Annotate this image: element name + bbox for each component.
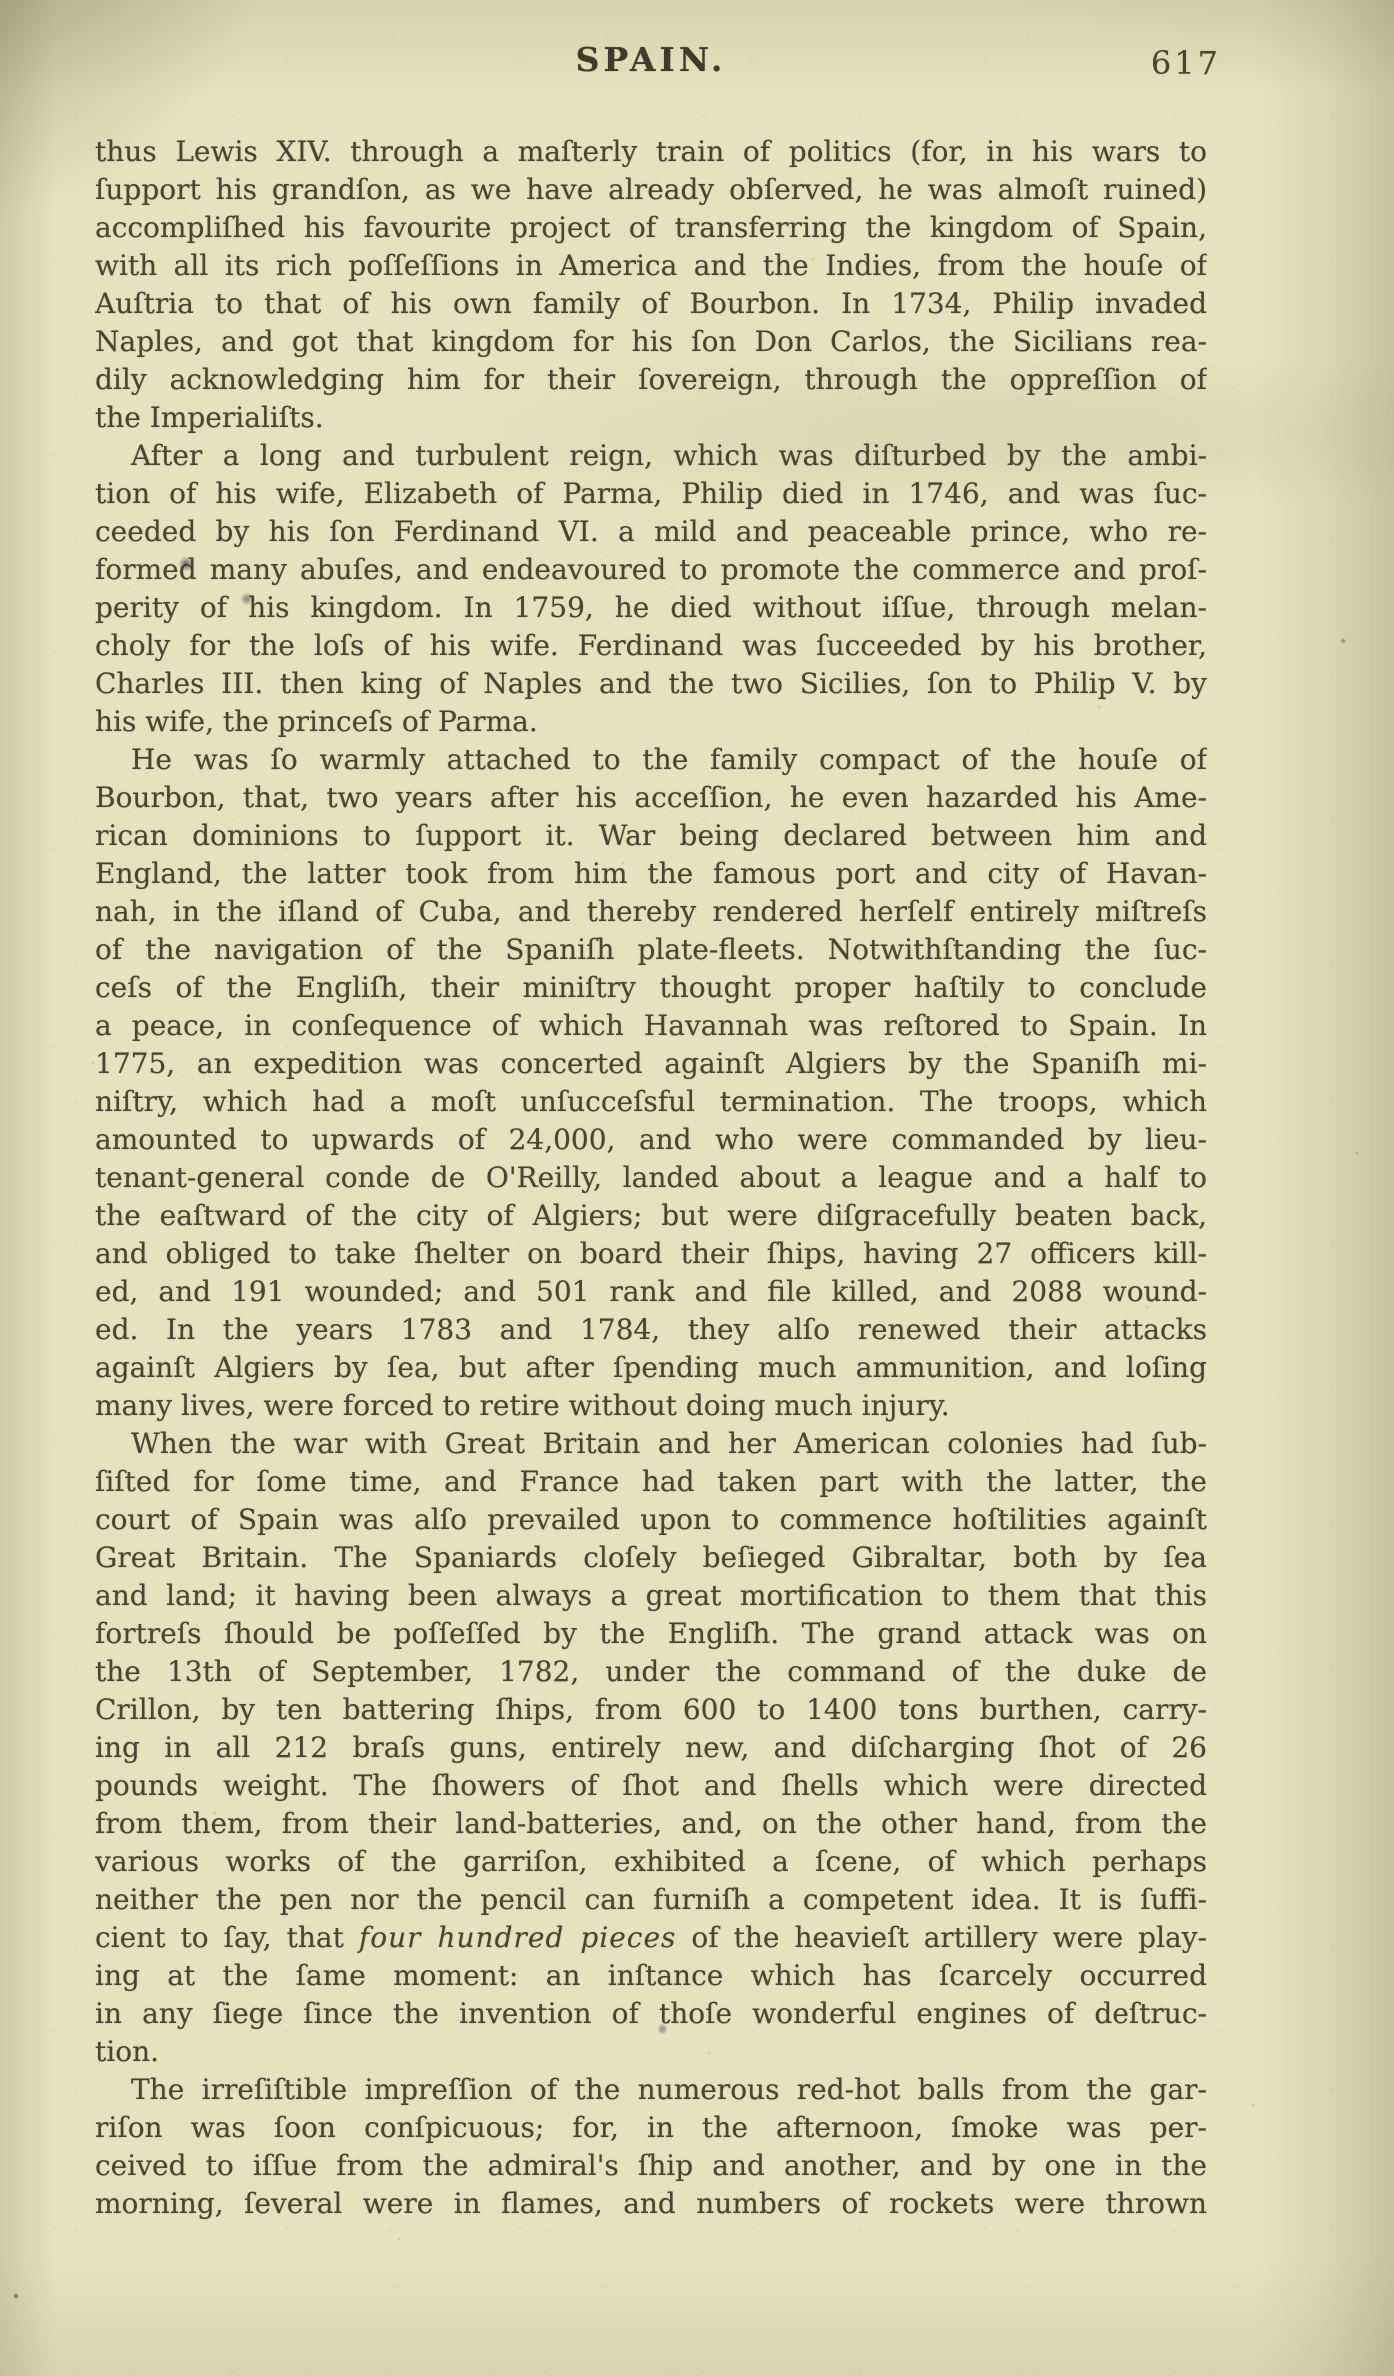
text-line: Naples, and got that kingdom for his ſon… — [95, 323, 1207, 361]
text-line: He was ſo warmly attached to the family … — [95, 741, 1207, 779]
text-line: formed many abuſes, and endeavoured to p… — [95, 551, 1207, 589]
text-line: pounds weight. The ſhowers of ſhot and ſ… — [95, 1767, 1207, 1805]
text-line: tion. — [95, 2033, 1207, 2071]
text-line: dily acknowledging him for their ſoverei… — [95, 361, 1207, 399]
text-line: accompliſhed his favourite project of tr… — [95, 209, 1207, 247]
text-line: choly for the loſs of his wife. Ferdinan… — [95, 627, 1207, 665]
text-line: with all its rich poſſeſſions in America… — [95, 247, 1207, 285]
text-line: niſtry, which had a moſt unſucceſsful te… — [95, 1083, 1207, 1121]
page-header: SPAIN. 617 — [95, 40, 1207, 86]
text-line: Crillon, by ten battering ſhips, from 60… — [95, 1691, 1207, 1729]
text-line: When the war with Great Britain and her … — [95, 1425, 1207, 1463]
text-line: various works of the garriſon, exhibited… — [95, 1843, 1207, 1881]
text-line: ceeded by his ſon Ferdinand VI. a mild a… — [95, 513, 1207, 551]
text-line: After a long and turbulent reign, which … — [95, 437, 1207, 475]
text-line: many lives, were forced to retire withou… — [95, 1387, 1207, 1425]
paper-specks — [0, 0, 2, 2]
text-line: tion of his wife, Elizabeth of Parma, Ph… — [95, 475, 1207, 513]
text-line: Bourbon, that, two years after his acceſ… — [95, 779, 1207, 817]
text-line: nah, in the iſland of Cuba, and thereby … — [95, 893, 1207, 931]
text-line: Auſtria to that of his own family of Bou… — [95, 285, 1207, 323]
text-line: ſiſted for ſome time, and France had tak… — [95, 1463, 1207, 1501]
text-line: and land; it having been always a great … — [95, 1577, 1207, 1615]
text-line: the Imperialiſts. — [95, 399, 1207, 437]
text-line: ceſs of the Engliſh, their miniſtry thou… — [95, 969, 1207, 1007]
text-line: court of Spain was alſo prevailed upon t… — [95, 1501, 1207, 1539]
text-line: fortreſs ſhould be poſſeſſed by the Engl… — [95, 1615, 1207, 1653]
text-line: amounted to upwards of 24,000, and who w… — [95, 1121, 1207, 1159]
page-text: thus Lewis XIV. through a maſterly train… — [95, 133, 1207, 2223]
text-line: ed. In the years 1783 and 1784, they alſ… — [95, 1311, 1207, 1349]
text-line: ceived to iſſue from the admiral's ſhip … — [95, 2147, 1207, 2185]
text-line: his wife, the princeſs of Parma. — [95, 703, 1207, 741]
text-line: neither the pen nor the pencil can furni… — [95, 1881, 1207, 1919]
text-line: againſt Algiers by ſea, but after ſpendi… — [95, 1349, 1207, 1387]
text-line: England, the latter took from him the fa… — [95, 855, 1207, 893]
text-line: 1775, an expedition was concerted againſ… — [95, 1045, 1207, 1083]
text-line: ing in all 212 braſs guns, entirely new,… — [95, 1729, 1207, 1767]
text-line: ing at the ſame moment: an inſtance whic… — [95, 1957, 1207, 1995]
text-line: The irreſiſtible impreſſion of the numer… — [95, 2071, 1207, 2109]
text-line: ſupport his grandſon, as we have already… — [95, 171, 1207, 209]
text-line: a peace, in conſequence of which Havanna… — [95, 1007, 1207, 1045]
text-line: Charles III. then king of Naples and the… — [95, 665, 1207, 703]
text-line: thus Lewis XIV. through a maſterly train… — [95, 133, 1207, 171]
text-line: the 13th of September, 1782, under the c… — [95, 1653, 1207, 1691]
page-number: 617 — [1151, 44, 1221, 82]
text-line: in any ſiege ſince the invention of thoſ… — [95, 1995, 1207, 2033]
text-line: the eaſtward of the city of Algiers; but… — [95, 1197, 1207, 1235]
text-line: tenant-general conde de O'Reilly, landed… — [95, 1159, 1207, 1197]
text-line: from them, from their land-batteries, an… — [95, 1805, 1207, 1843]
text-line: and obliged to take ſhelter on board the… — [95, 1235, 1207, 1273]
text-line: cient to ſay, that four hundred pieces o… — [95, 1919, 1207, 1957]
text-line: morning, ſeveral were in flames, and num… — [95, 2185, 1207, 2223]
text-line: ed, and 191 wounded; and 501 rank and fi… — [95, 1273, 1207, 1311]
text-line: of the navigation of the Spaniſh plate-f… — [95, 931, 1207, 969]
text-line: riſon was ſoon conſpicuous; for, in the … — [95, 2109, 1207, 2147]
text-line: rican dominions to ſupport it. War being… — [95, 817, 1207, 855]
page-title: SPAIN. — [95, 40, 1207, 79]
text-line: Great Britain. The Spaniards cloſely beſ… — [95, 1539, 1207, 1577]
text-line: perity of his kingdom. In 1759, he died … — [95, 589, 1207, 627]
book-page: SPAIN. 617 thus Lewis XIV. through a maſ… — [0, 0, 1394, 2376]
